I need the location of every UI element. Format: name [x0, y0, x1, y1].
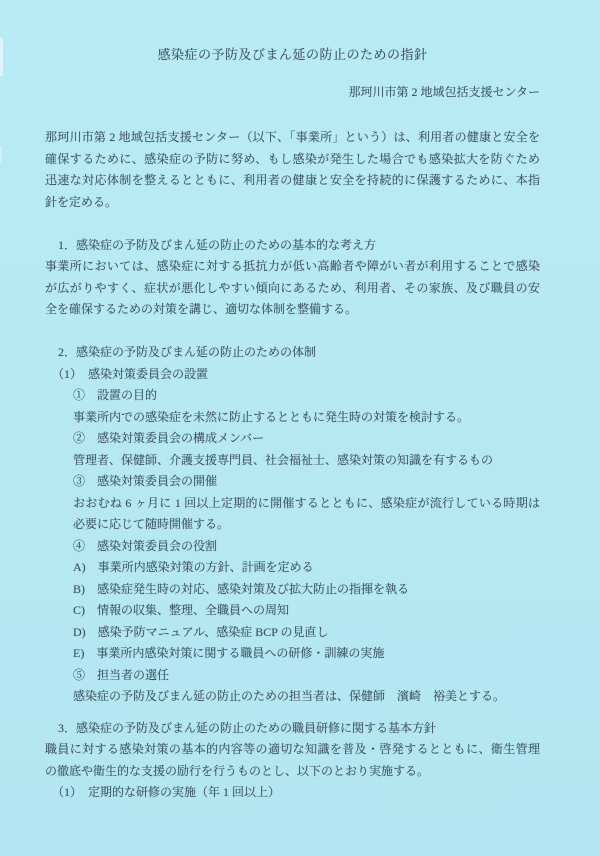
section-1-line: 全を確保するための対策を講じ、適切な体制を整備する。: [45, 299, 540, 321]
committee-item-1-body: 事業所内での感染症を未然に防止するとともに発生時の対策を検討する。: [73, 407, 540, 429]
intro-line: 確保するために、感染症の予防に努め、もし感染が発生した場合でも感染拡大を防ぐため: [45, 149, 540, 171]
document-content: 感染症の予防及びまん延の防止のための指針 那珂川市第 2 地域包括支援センター …: [0, 0, 600, 804]
intro-line: 針を定める。: [45, 192, 540, 214]
committee-item-5-body: 感染症の予防及びまん延の防止のための担当者は、保健師 濱崎 裕美とする。: [73, 686, 540, 708]
committee-item-5-label: ⑤ 担当者の選任: [73, 665, 540, 687]
committee-item-3-body-line: おおむね 6 ヶ月に 1 回以上定期的に開催するとともに、感染症が流行している時…: [73, 493, 540, 515]
committee-item-2-body: 管理者、保健師、介護支援専門員、社会福祉士、感染対策の知識を有するもの: [73, 450, 540, 472]
committee-item-3-body-line: 必要に応じて随時開催する。: [73, 514, 540, 536]
committee-role-e: E) 事業所内感染対策に関する職員への研修・訓練の実施: [73, 643, 540, 665]
scan-artifact: [0, 38, 3, 76]
section-3-sub1-heading: （1） 定期的な研修の実施（年 1 回以上）: [52, 782, 540, 804]
organization-name: 那珂川市第 2 地域包括支援センター: [45, 82, 540, 104]
section-1-line: が広がりやすく、症状が悪化しやすい傾向にあるため、利用者、その家族、及び職員の安: [45, 278, 540, 300]
section-3-line: の徹底や衛生的な支援の励行を行うものとし、以下のとおり実施する。: [45, 761, 540, 783]
committee-role-c: C) 情報の収集、整理、全職員への周知: [73, 600, 540, 622]
section-2-sub1-heading: （1） 感染対策委員会の設置: [52, 364, 540, 386]
intro-line: 那珂川市第 2 地域包括支援センター（以下、「事業所」という）は、利用者の健康と…: [45, 127, 540, 149]
doc-title: 感染症の予防及びまん延の防止のための指針: [45, 44, 540, 66]
scanned-document-page: 感染症の予防及びまん延の防止のための指針 那珂川市第 2 地域包括支援センター …: [0, 0, 600, 856]
scan-artifact: [0, 146, 2, 164]
section-3-line: 職員に対する感染対策の基本的内容等の適切な知識を普及・啓発するとともに、衛生管理: [45, 739, 540, 761]
section-2: 2．感染症の予防及びまん延の防止のための体制 （1） 感染対策委員会の設置 ① …: [45, 342, 540, 708]
section-1-line: 事業所においては、感染症に対する抵抗力が低い高齢者や障がい者が利用することで感染: [45, 256, 540, 278]
section-1: 1．感染症の予防及びまん延の防止のための基本的な考え方 事業所においては、感染症…: [45, 235, 540, 321]
section-3-heading: 3．感染症の予防及びまん延の防止のための職員研修に関する基本方針: [58, 718, 540, 740]
committee-item-1-label: ① 設置の目的: [73, 385, 540, 407]
committee-item-3-label: ③ 感染対策委員会の開催: [73, 471, 540, 493]
section-3: 3．感染症の予防及びまん延の防止のための職員研修に関する基本方針 職員に対する感…: [45, 718, 540, 804]
section-1-heading: 1．感染症の予防及びまん延の防止のための基本的な考え方: [58, 235, 540, 257]
committee-role-a: A) 事業所内感染対策の方針、計画を定める: [73, 557, 540, 579]
committee-role-b: B) 感染症発生時の対応、感染対策及び拡大防止の指揮を執る: [73, 579, 540, 601]
committee-role-d: D) 感染予防マニュアル、感染症 BCP の見直し: [73, 622, 540, 644]
section-2-heading: 2．感染症の予防及びまん延の防止のための体制: [58, 342, 540, 364]
intro-paragraph: 那珂川市第 2 地域包括支援センター（以下、「事業所」という）は、利用者の健康と…: [45, 127, 540, 213]
committee-item-4-label: ④ 感染対策委員会の役割: [73, 536, 540, 558]
intro-line: 迅速な対応体制を整えるとともに、利用者の健康と安全を持続的に保護するために、本指: [45, 170, 540, 192]
committee-item-2-label: ② 感染対策委員会の構成メンバー: [73, 428, 540, 450]
